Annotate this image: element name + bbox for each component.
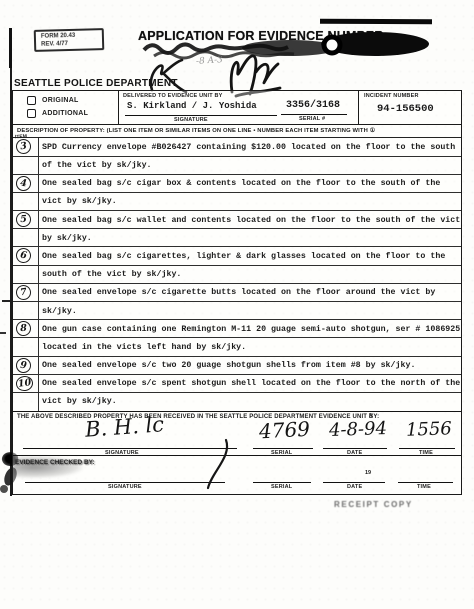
serial-line (281, 114, 347, 115)
hand-drawn-circle (324, 37, 340, 53)
item-row: 9 One sealed envelope s/c two 20 guage s… (13, 357, 461, 375)
checked-serial-label: SERIAL (271, 484, 292, 490)
item-row: vict by sk/jky. (13, 393, 461, 411)
item-row: sk/jky. (13, 302, 461, 320)
item-number: 6 (15, 247, 32, 264)
item-line: One sealed envelope s/c two 20 guage sho… (39, 357, 461, 374)
item-row: south of the vict by sk/jky. (13, 266, 461, 284)
item-number-cell: 4 (13, 175, 39, 192)
received-time: 1556 (406, 418, 453, 441)
original-label: ORIGINAL (42, 97, 79, 104)
received-signature: B. H. lc (84, 412, 164, 441)
department-heading: SEATTLE POLICE DEPARTMENT (14, 78, 178, 89)
item-row: 8 One gun case containing one Remington … (13, 320, 461, 338)
item-number: 7 (15, 284, 32, 301)
item-row: 3 SPD Currency envelope #B026427 contain… (13, 138, 461, 156)
delivered-by-cell: DELIVERED TO EVIDENCE UNIT BY S. Kirklan… (119, 91, 359, 124)
additional-checkbox-row: ADDITIONAL (27, 109, 88, 118)
item-number-cell: 7 (13, 284, 39, 301)
additional-checkbox (27, 109, 36, 118)
year-prefix: 19 (365, 470, 371, 476)
description-header-row: DESCRIPTION OF PROPERTY: (LIST ONE ITEM … (13, 125, 461, 139)
item-number: 3 (15, 138, 32, 155)
signature-tail-stroke (200, 438, 240, 493)
received-statement: THE ABOVE DESCRIBED PROPERTY HAS BEEN RE… (17, 414, 379, 421)
item-line: One sealed bag s/c cigar box & contents … (39, 175, 461, 192)
checked-time-line (398, 482, 453, 483)
item-number: 8 (16, 321, 32, 337)
item-line: sk/jky. (39, 302, 461, 319)
item-number-cell: 10 (13, 375, 39, 392)
received-serial-line (253, 448, 313, 449)
item-number-cell (13, 266, 39, 283)
signature-line (125, 115, 277, 116)
item-line: One sealed bag s/c wallet and contents l… (39, 211, 461, 228)
item-line: One sealed bag s/c cigarettes, lighter &… (39, 247, 461, 264)
scan-edge-tick (0, 332, 6, 334)
scan-edge-line-top (9, 28, 12, 68)
received-date-line (323, 448, 387, 449)
ink-smudge (0, 485, 8, 493)
item-number-cell (13, 193, 39, 210)
item-line: south of the vict by sk/jky. (39, 266, 461, 283)
item-row: 7 One sealed envelope s/c cigarette butt… (13, 284, 461, 302)
pencil-note: -8 A-3 (196, 55, 224, 67)
item-row: of the vict by sk/jky. (13, 157, 461, 175)
item-line: vict by sk/jky. (39, 193, 461, 210)
item-line: SPD Currency envelope #B026427 containin… (39, 138, 461, 155)
received-serial: 4769 (258, 417, 310, 444)
checked-signature-label: SIGNATURE (108, 484, 142, 490)
item-row: 4 One sealed bag s/c cigar box & content… (13, 175, 461, 193)
scan-edge-tick (2, 300, 10, 302)
property-items-list: 3 SPD Currency envelope #B026427 contain… (13, 138, 461, 411)
item-line: One gun case containing one Remington M-… (39, 320, 461, 337)
item-row: 5 One sealed bag s/c wallet and contents… (13, 211, 461, 229)
item-row: by sk/jky. (13, 229, 461, 247)
serial-numbers: 3356/3168 (286, 100, 340, 111)
item-row: 6 One sealed bag s/c cigarettes, lighter… (13, 247, 461, 265)
checked-date-label: DATE (347, 484, 362, 490)
item-number-cell: 5 (13, 211, 39, 228)
item-number-cell: 3 (13, 138, 39, 155)
item-number-cell (13, 393, 39, 411)
delivered-by-label: DELIVERED TO EVIDENCE UNIT BY (123, 93, 223, 99)
checked-time-label: TIME (417, 484, 431, 490)
item-line: located in the victs left hand by sk/jky… (39, 338, 461, 355)
original-checkbox-row: ORIGINAL (27, 96, 79, 105)
item-line: vict by sk/jky. (39, 393, 461, 411)
item-line: by sk/jky. (39, 229, 461, 246)
additional-label: ADDITIONAL (42, 110, 88, 117)
original-checkbox (27, 96, 36, 105)
item-number-cell (13, 157, 39, 174)
redaction-bar (320, 19, 432, 25)
item-number-cell (13, 338, 39, 355)
incident-number-value: 94-156500 (377, 103, 434, 115)
copy-type-cell: ORIGINAL ADDITIONAL (13, 91, 119, 124)
item-row: vict by sk/jky. (13, 193, 461, 211)
item-number-cell: 8 (13, 320, 39, 337)
evidence-checked-label: EVIDENCE CHECKED BY: (15, 459, 95, 466)
item-number-cell (13, 229, 39, 246)
item-number: 9 (15, 357, 31, 373)
scanned-evidence-form: FORM 20.43 REV. 4/77 APPLICATION FOR EVI… (0, 0, 474, 609)
item-line: One sealed envelope s/c cigarette butts … (39, 284, 461, 301)
item-line: of the vict by sk/jky. (39, 157, 461, 174)
item-line: One sealed envelope s/c spent shotgun sh… (39, 375, 461, 392)
form-revision: REV. 4/77 (41, 40, 102, 49)
checked-serial-line (253, 482, 311, 483)
incident-number-cell: INCIDENT NUMBER 94-156500 (359, 91, 461, 124)
item-number: 5 (16, 212, 32, 228)
item-number-cell (13, 302, 39, 319)
evidence-form-table: ORIGINAL ADDITIONAL DELIVERED TO EVIDENC… (12, 90, 462, 495)
checked-signature-line (25, 482, 225, 483)
description-header: DESCRIPTION OF PROPERTY: (LIST ONE ITEM … (17, 128, 375, 134)
incident-number-label: INCIDENT NUMBER (364, 93, 419, 99)
received-time-line (399, 448, 455, 449)
item-number: 10 (15, 375, 34, 392)
checked-date-line (323, 482, 385, 483)
item-row: located in the victs left hand by sk/jky… (13, 338, 461, 356)
item-row: 10 One sealed envelope s/c spent shotgun… (13, 375, 461, 393)
serial-label: SERIAL # (299, 116, 325, 122)
form-header-row: ORIGINAL ADDITIONAL DELIVERED TO EVIDENC… (13, 91, 461, 125)
received-date: 4-8-94 (329, 418, 388, 441)
delivered-by-names: S. Kirkland / J. Yoshida (127, 101, 257, 111)
item-number: 4 (15, 175, 31, 191)
form-number-box: FORM 20.43 REV. 4/77 (34, 28, 105, 52)
signature-label: SIGNATURE (174, 117, 208, 123)
receipt-copy-stamp: RECEIPT COPY (334, 500, 413, 509)
item-number-cell: 9 (13, 357, 39, 374)
item-number-cell: 6 (13, 247, 39, 264)
